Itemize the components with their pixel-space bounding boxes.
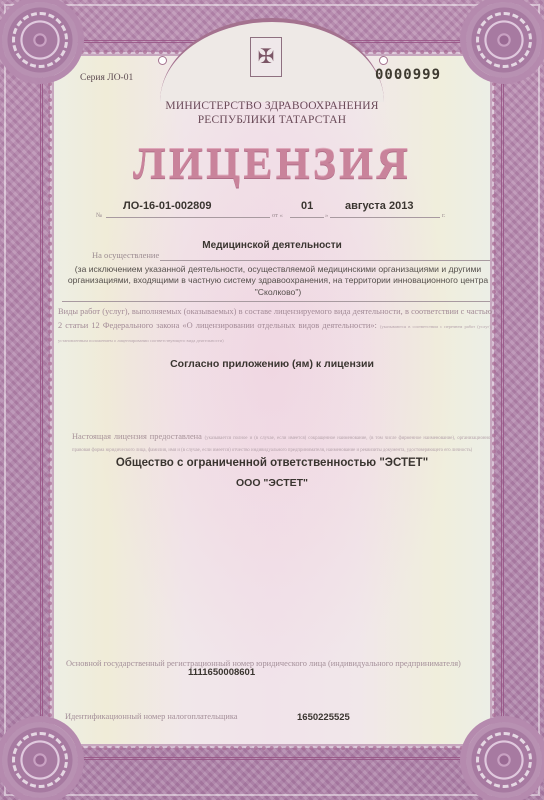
arch-dot-left <box>158 56 167 65</box>
works-label: Виды работ (услуг), выполняемых (оказыва… <box>58 305 492 348</box>
corner-rosette-icon <box>2 722 78 798</box>
granted-label-text: Настоящая лицензия предоставлена <box>72 432 202 441</box>
activity-note-underline <box>62 301 490 302</box>
corner-rosette-icon <box>466 2 542 78</box>
date-day: 01 <box>301 200 313 212</box>
month-underline <box>330 217 440 218</box>
works-value: Согласно приложению (ям) к лицензии <box>0 358 544 370</box>
license-number: ЛО-16-01-002809 <box>123 200 211 212</box>
date-suffix: г. <box>442 212 446 219</box>
corner-rosette-icon <box>2 2 78 78</box>
arch-dot-right <box>379 56 388 65</box>
corner-rosette-icon <box>466 722 542 798</box>
day-underline <box>290 217 324 218</box>
number-prefix: № <box>96 212 102 219</box>
granted-label: Настоящая лицензия предоставлена (указыв… <box>72 432 492 456</box>
activity-label: На осуществление <box>92 250 159 260</box>
serial-number: 0000999 <box>375 67 441 83</box>
number-underline <box>106 217 270 218</box>
document-title: ЛИЦЕНЗИЯ <box>0 138 544 189</box>
inn-value: 1650225525 <box>297 712 350 723</box>
license-document: ✠ Серия ЛО-01 0000999 МИНИСТЕРСТВО ЗДРАВ… <box>0 0 544 800</box>
activity-value: Медицинской деятельности <box>0 240 544 251</box>
company-short-name: ООО "ЭСТЕТ" <box>0 477 544 489</box>
coat-of-arms-icon: ✠ <box>250 37 282 77</box>
activity-note: (за исключением указанной деятельности, … <box>56 264 500 298</box>
date-prefix: от « <box>272 212 283 219</box>
date-month-year: августа 2013 <box>345 200 413 212</box>
company-full-name: Общество с ограниченной ответственностью… <box>0 457 544 469</box>
inn-label: Идентификационный номер налогоплательщик… <box>65 712 238 721</box>
ogrn-label: Основной государственный регистрационный… <box>66 658 486 670</box>
ministry-name-line2: РЕСПУБЛИКИ ТАТАРСТАН <box>0 114 544 126</box>
activity-underline <box>160 260 490 261</box>
ogrn-value: 1111650008601 <box>188 667 255 678</box>
series-label: Серия ЛО-01 <box>80 73 133 83</box>
ministry-name-line1: МИНИСТЕРСТВО ЗДРАВООХРАНЕНИЯ <box>0 100 544 112</box>
date-separator: » <box>325 212 328 219</box>
